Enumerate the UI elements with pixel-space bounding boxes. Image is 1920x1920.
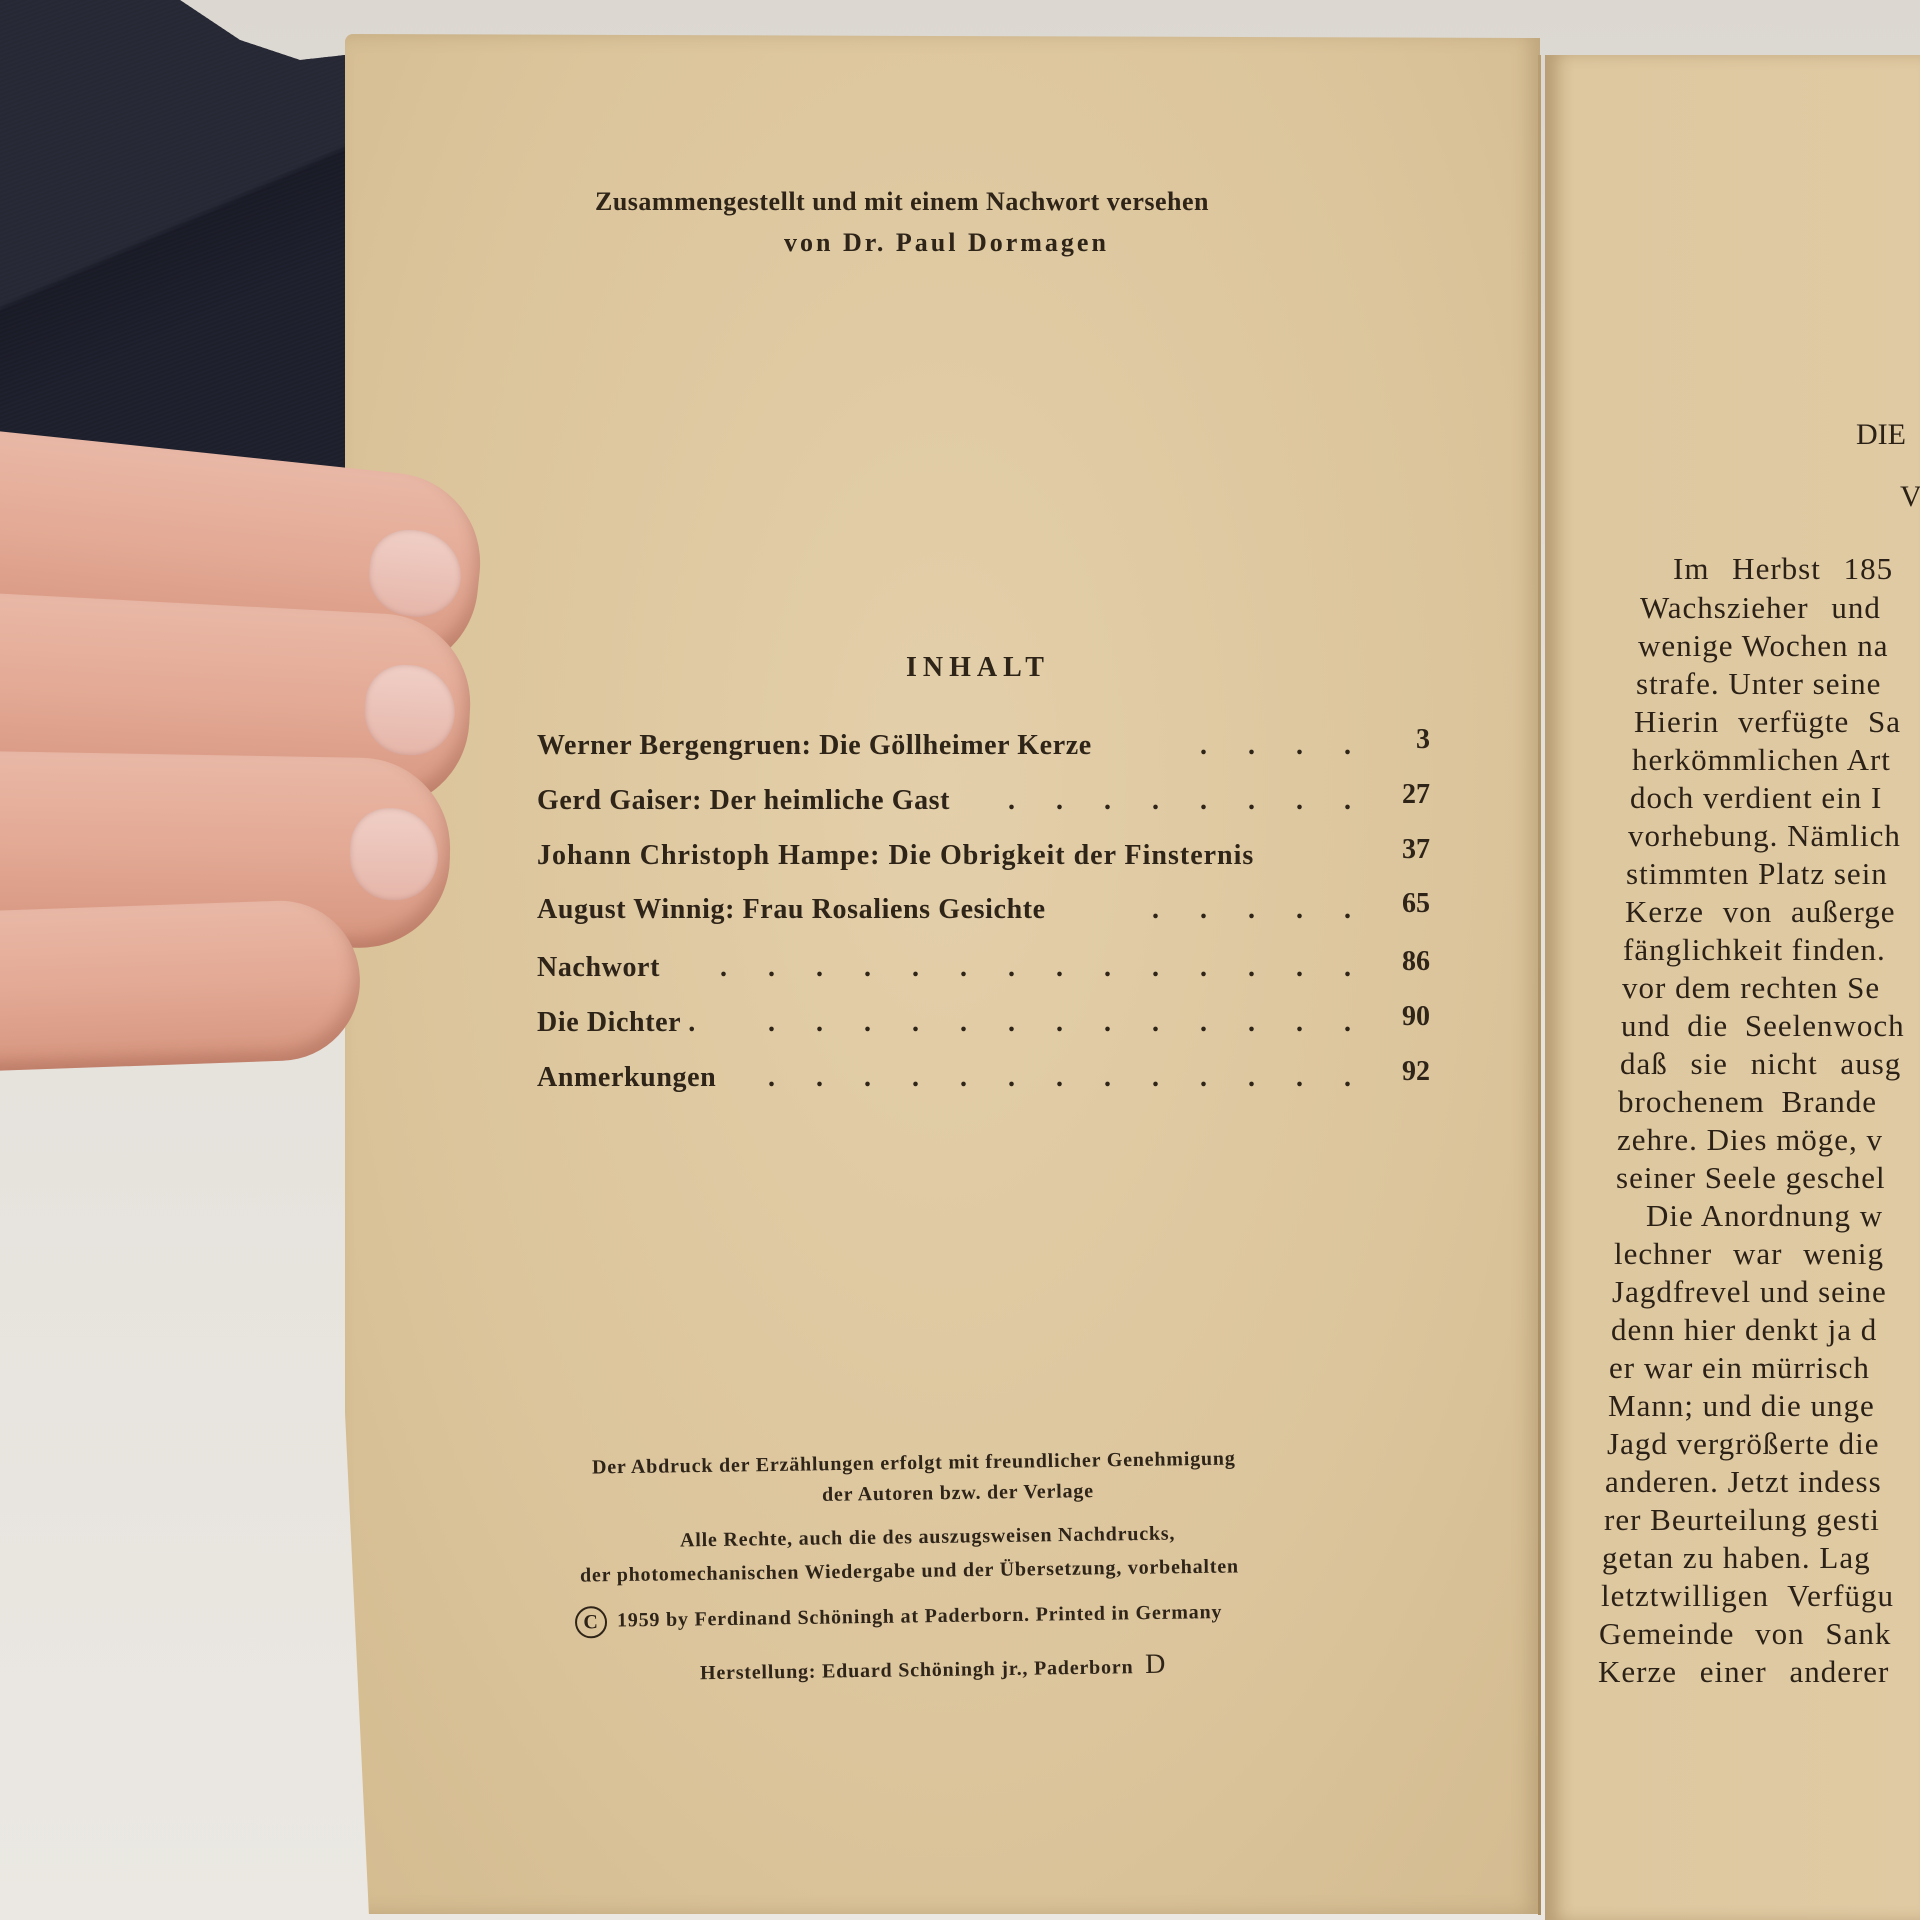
fingernail [349,808,439,902]
toc-entry: Gerd Gaiser: Der heimliche Gast . . . . … [537,785,1430,821]
body-line: Mann; und die unge [1608,1388,1875,1424]
production-mark: D [1145,1649,1166,1680]
toc-page-number: 27 [1402,779,1430,811]
toc-entry-title: Werner Bergengruen: Die Göllheimer Kerze [537,730,1092,762]
editor-name-line: von Dr. Paul Dormagen [784,228,1109,258]
toc-page-number: 86 [1402,946,1430,978]
body-line: Kerze von außerge [1625,894,1896,930]
body-line: Wachszieher und [1640,590,1881,626]
toc-page-number: 3 [1416,724,1430,756]
toc-entry: Werner Bergengruen: Die Göllheimer Kerze… [537,730,1430,766]
body-line: Die Anordnung w [1646,1198,1883,1234]
body-line: Jagdfrevel und seine [1612,1274,1887,1310]
toc-leader-dots: . . . . . . . . [1008,785,1368,817]
body-line: herkömmlichen Art [1632,742,1891,778]
fingernail [365,526,465,621]
permission-line-2: der Autoren bzw. der Verlage [822,1480,1094,1507]
body-line: getan zu haben. Lag [1602,1540,1871,1576]
toc-entry-title: Gerd Gaiser: Der heimliche Gast [537,785,950,817]
toc-heading: INHALT [906,652,1050,684]
body-line: anderen. Jetzt indess [1605,1464,1882,1500]
toc-leader-dots: . . . . . . . . . . . . . [768,1062,1368,1094]
finger-little [0,898,363,1072]
body-line: lechner war wenig [1614,1236,1884,1272]
toc-entry: Anmerkungen . . . . . . . . . . . . . 92 [537,1062,1430,1098]
body-line: zehre. Dies möge, v [1617,1122,1883,1158]
body-line: Hierin verfügte Sa [1634,704,1901,740]
body-line: und die Seelenwoch [1621,1008,1905,1044]
toc-page-number: 37 [1402,834,1430,866]
body-line: doch verdient ein I [1630,780,1882,816]
toc-entry-title: Die Dichter . [537,1007,696,1039]
toc-leader-dots: . . . . . . . . . . . . . . [720,952,1368,984]
production-line: Herstellung: Eduard Schöningh jr., Pader… [700,1649,1167,1688]
body-line: Gemeinde von Sank [1599,1616,1891,1652]
toc-entry: Johann Christoph Hampe: Die Obrigkeit de… [537,840,1430,876]
toc-entry-title: Nachwort [537,952,660,984]
body-line: daß sie nicht ausg [1620,1046,1901,1082]
toc-entry: Nachwort . . . . . . . . . . . . . . 86 [537,952,1430,988]
toc-leader-dots: . . . . . [1152,894,1368,926]
compiler-line: Zusammengestellt und mit einem Nachwort … [595,187,1209,217]
production-text: Herstellung: Eduard Schöningh jr., Pader… [700,1656,1134,1684]
copyright-icon: C [575,1606,607,1638]
fingernail [363,663,458,758]
body-line: vorhebung. Nämlich [1628,818,1901,854]
story-title-fragment: DIE [1856,418,1906,452]
body-line: letztwilligen Verfügu [1601,1578,1894,1614]
body-line: er war ein mürrisch [1609,1350,1870,1386]
book-gutter [1538,55,1541,1915]
body-line: vor dem rechten Se [1622,970,1880,1006]
toc-entry: August Winnig: Frau Rosaliens Gesichte .… [537,894,1430,930]
body-line: seiner Seele geschel [1616,1160,1886,1196]
body-line: Im Herbst 185 [1673,551,1893,587]
toc-entry-title: August Winnig: Frau Rosaliens Gesichte [537,894,1046,926]
toc-leader-dots: . . . . . . . . . . . . . [768,1007,1368,1039]
byline-fragment: V [1900,480,1920,514]
body-line: wenige Wochen na [1638,628,1889,664]
body-line: Jagd vergrößerte die [1607,1426,1880,1462]
body-line: stimmten Platz sein [1626,856,1888,892]
body-line: rer Beurteilung gesti [1604,1502,1880,1538]
body-line: fänglichkeit finden. [1623,932,1886,968]
body-line: brochenem Brande [1618,1084,1877,1120]
body-line: denn hier denkt ja d [1611,1312,1877,1348]
body-line: strafe. Unter seine [1636,666,1881,702]
toc-entry-title: Johann Christoph Hampe: Die Obrigkeit de… [537,840,1254,872]
toc-page-number: 65 [1402,888,1430,920]
toc-entry: Die Dichter . . . . . . . . . . . . . . … [537,1007,1430,1043]
toc-page-number: 90 [1402,1001,1430,1033]
body-line: Kerze einer anderer [1598,1654,1889,1690]
copyright-text: 1959 by Ferdinand Schöningh at Paderborn… [617,1601,1223,1631]
toc-leader-dots: . . . . [1200,730,1368,762]
hand [0,455,500,1175]
toc-page-number: 92 [1402,1056,1430,1088]
toc-entry-title: Anmerkungen [537,1062,716,1094]
